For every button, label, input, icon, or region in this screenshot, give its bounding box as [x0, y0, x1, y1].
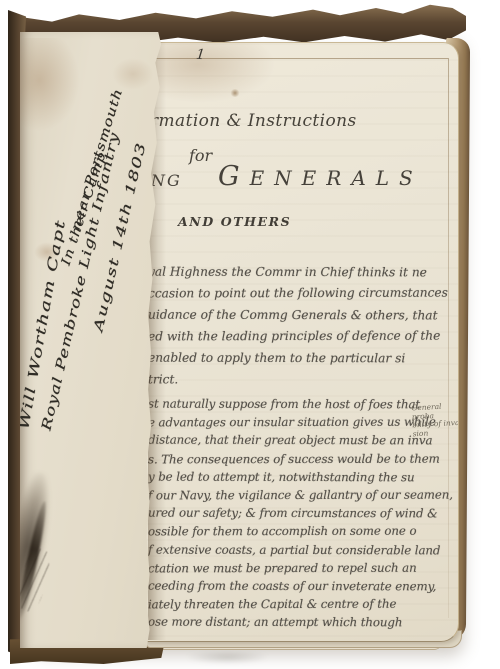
manuscript-line: st naturally suppose from the host of fo…	[148, 395, 453, 414]
manuscript-line: uidance of the Commg Generals & others, …	[148, 304, 448, 326]
paper-stain	[112, 58, 154, 90]
title-page: 1 rmation & Instructions for NG GENERALS…	[140, 42, 459, 642]
manuscript-paragraph-1: yal Highness the Commr in Chief thinks i…	[148, 262, 448, 390]
manuscript-line: ed with the leading principles of defenc…	[148, 326, 448, 348]
manuscript-line: enabled to apply them to the particular …	[148, 347, 448, 369]
manuscript-line: f our Navy, the vigilance & gallantry of…	[148, 486, 453, 505]
ruled-top-margin-line	[148, 58, 448, 59]
manuscript-line: ossible for them to accomplish on some o…	[148, 522, 453, 541]
page-number: 1	[195, 47, 206, 64]
manuscript-line: ose more distant; an attempt which thoug…	[148, 613, 453, 632]
ink-fleck	[230, 89, 240, 97]
left-page: Will Wortham Capt Royal Pembroke Light I…	[20, 32, 164, 648]
title-line-3-generals: GENERALS	[218, 164, 423, 191]
manuscript-line: trict.	[148, 369, 448, 391]
title-line-4: AND OTHERS	[178, 214, 291, 229]
paper-stain	[20, 38, 80, 132]
manuscript-line: s. The consequences of success would be …	[148, 449, 453, 468]
manuscript-paragraph-2: st naturally suppose from the host of fo…	[148, 395, 453, 632]
manuscript-line: ccasion to point out the following circu…	[148, 283, 448, 305]
manuscript-line: y be led to attempt it, notwithstanding …	[148, 467, 453, 486]
manuscript-line: ceeding from the coasts of our inveterat…	[148, 577, 453, 596]
title-line-2: for	[189, 146, 212, 165]
title-line-1: rmation & Instructions	[150, 111, 357, 131]
manuscript-line: yal Highness the Commr in Chief thinks i…	[148, 262, 448, 284]
manuscript-line: e advantages our insular situation gives…	[148, 413, 453, 432]
manuscript-line: ctation we must be prepared to repel suc…	[148, 558, 453, 577]
margin-note: General proba bility of inva sion	[411, 402, 459, 439]
manuscript-line: ured our safety; & from circumstances of…	[148, 504, 453, 523]
manuscript-line: f extensive coasts, a partial but consid…	[148, 540, 453, 559]
manuscript-line: distance, that their great object must b…	[148, 431, 453, 450]
photo-stage: 1 rmation & Instructions for NG GENERALS…	[0, 0, 500, 669]
background-smudge	[185, 650, 270, 664]
manuscript-line: iately threaten the Capital & centre of …	[148, 595, 453, 614]
